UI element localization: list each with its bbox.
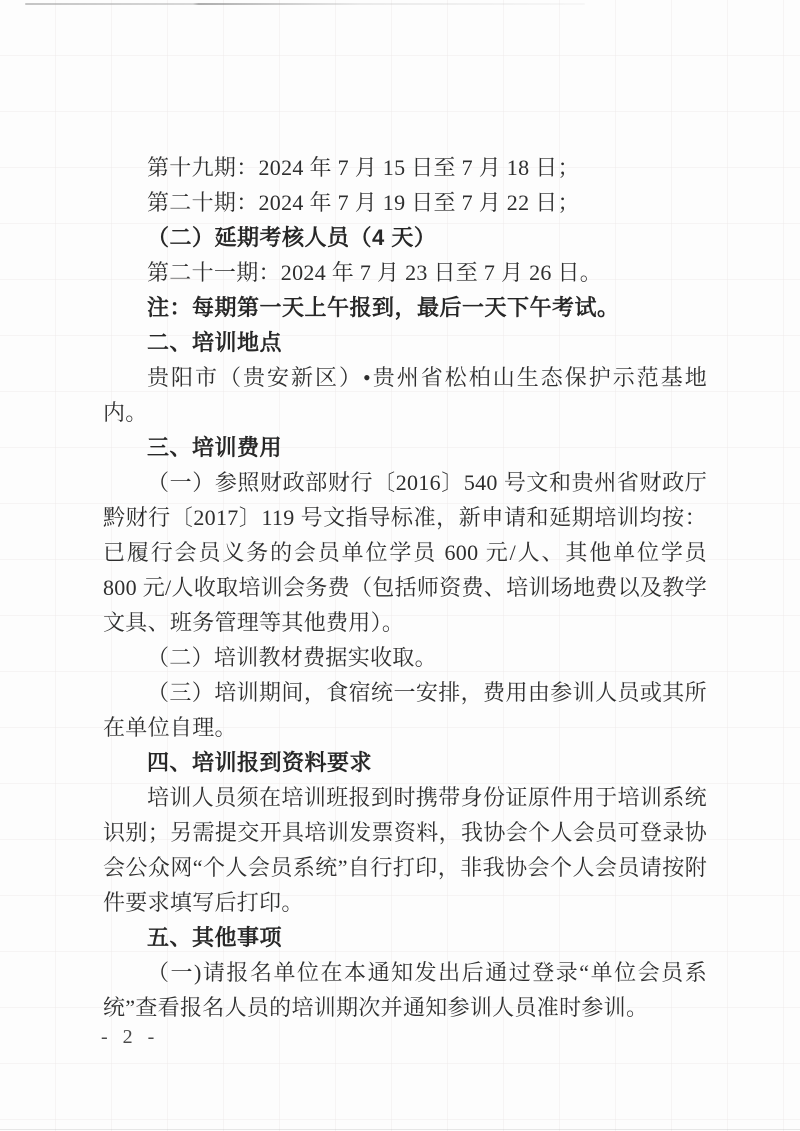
scan-edge-artifact-bottom [0,1129,800,1130]
heading-training-location: 二、培训地点 [103,325,707,360]
fees-item-3-board-lodging: （三）培训期间，食宿统一安排，费用由参训人员或其所在单位自理。 [103,675,707,745]
fees-item-2-materials: （二）培训教材费据实收取。 [103,640,707,675]
schedule-line-session-20: 第二十期：2024 年 7 月 19 日至 7 月 22 日； [103,185,707,220]
heading-other-matters: 五、其他事项 [103,920,707,955]
scanned-document-page: 第十九期：2024 年 7 月 15 日至 7 月 18 日； 第二十期：202… [0,0,800,1131]
note-check-in-exam: 注：每期第一天上午报到，最后一天下午考试。 [103,290,707,325]
heading-registration-materials: 四、培训报到资料要求 [103,745,707,780]
heading-training-fees: 三、培训费用 [103,430,707,465]
document-text-block: 第十九期：2024 年 7 月 15 日至 7 月 18 日； 第二十期：202… [103,150,707,1025]
subheading-deferred-assessment: （二）延期考核人员（4 天） [103,220,707,255]
registration-materials-paragraph: 培训人员须在培训班报到时携带身份证原件用于培训系统识别；另需提交开具培训发票资料… [103,780,707,920]
fees-item-1-standards: （一）参照财政部财行〔2016〕540 号文和贵州省财政厅黔财行〔2017〕11… [103,465,707,640]
scan-edge-artifact-top [25,3,585,5]
schedule-line-session-21: 第二十一期：2024 年 7 月 23 日至 7 月 26 日。 [103,255,707,290]
training-location-line: 贵阳市（贵安新区）•贵州省松柏山生态保护示范基地内。 [103,360,707,430]
other-matters-item-1: （一)请报名单位在本通知发出后通过登录“单位会员系统”查看报名人员的培训期次并通… [103,955,707,1025]
page-number: - 2 - [101,1026,159,1049]
schedule-line-session-19: 第十九期：2024 年 7 月 15 日至 7 月 18 日； [103,150,707,185]
